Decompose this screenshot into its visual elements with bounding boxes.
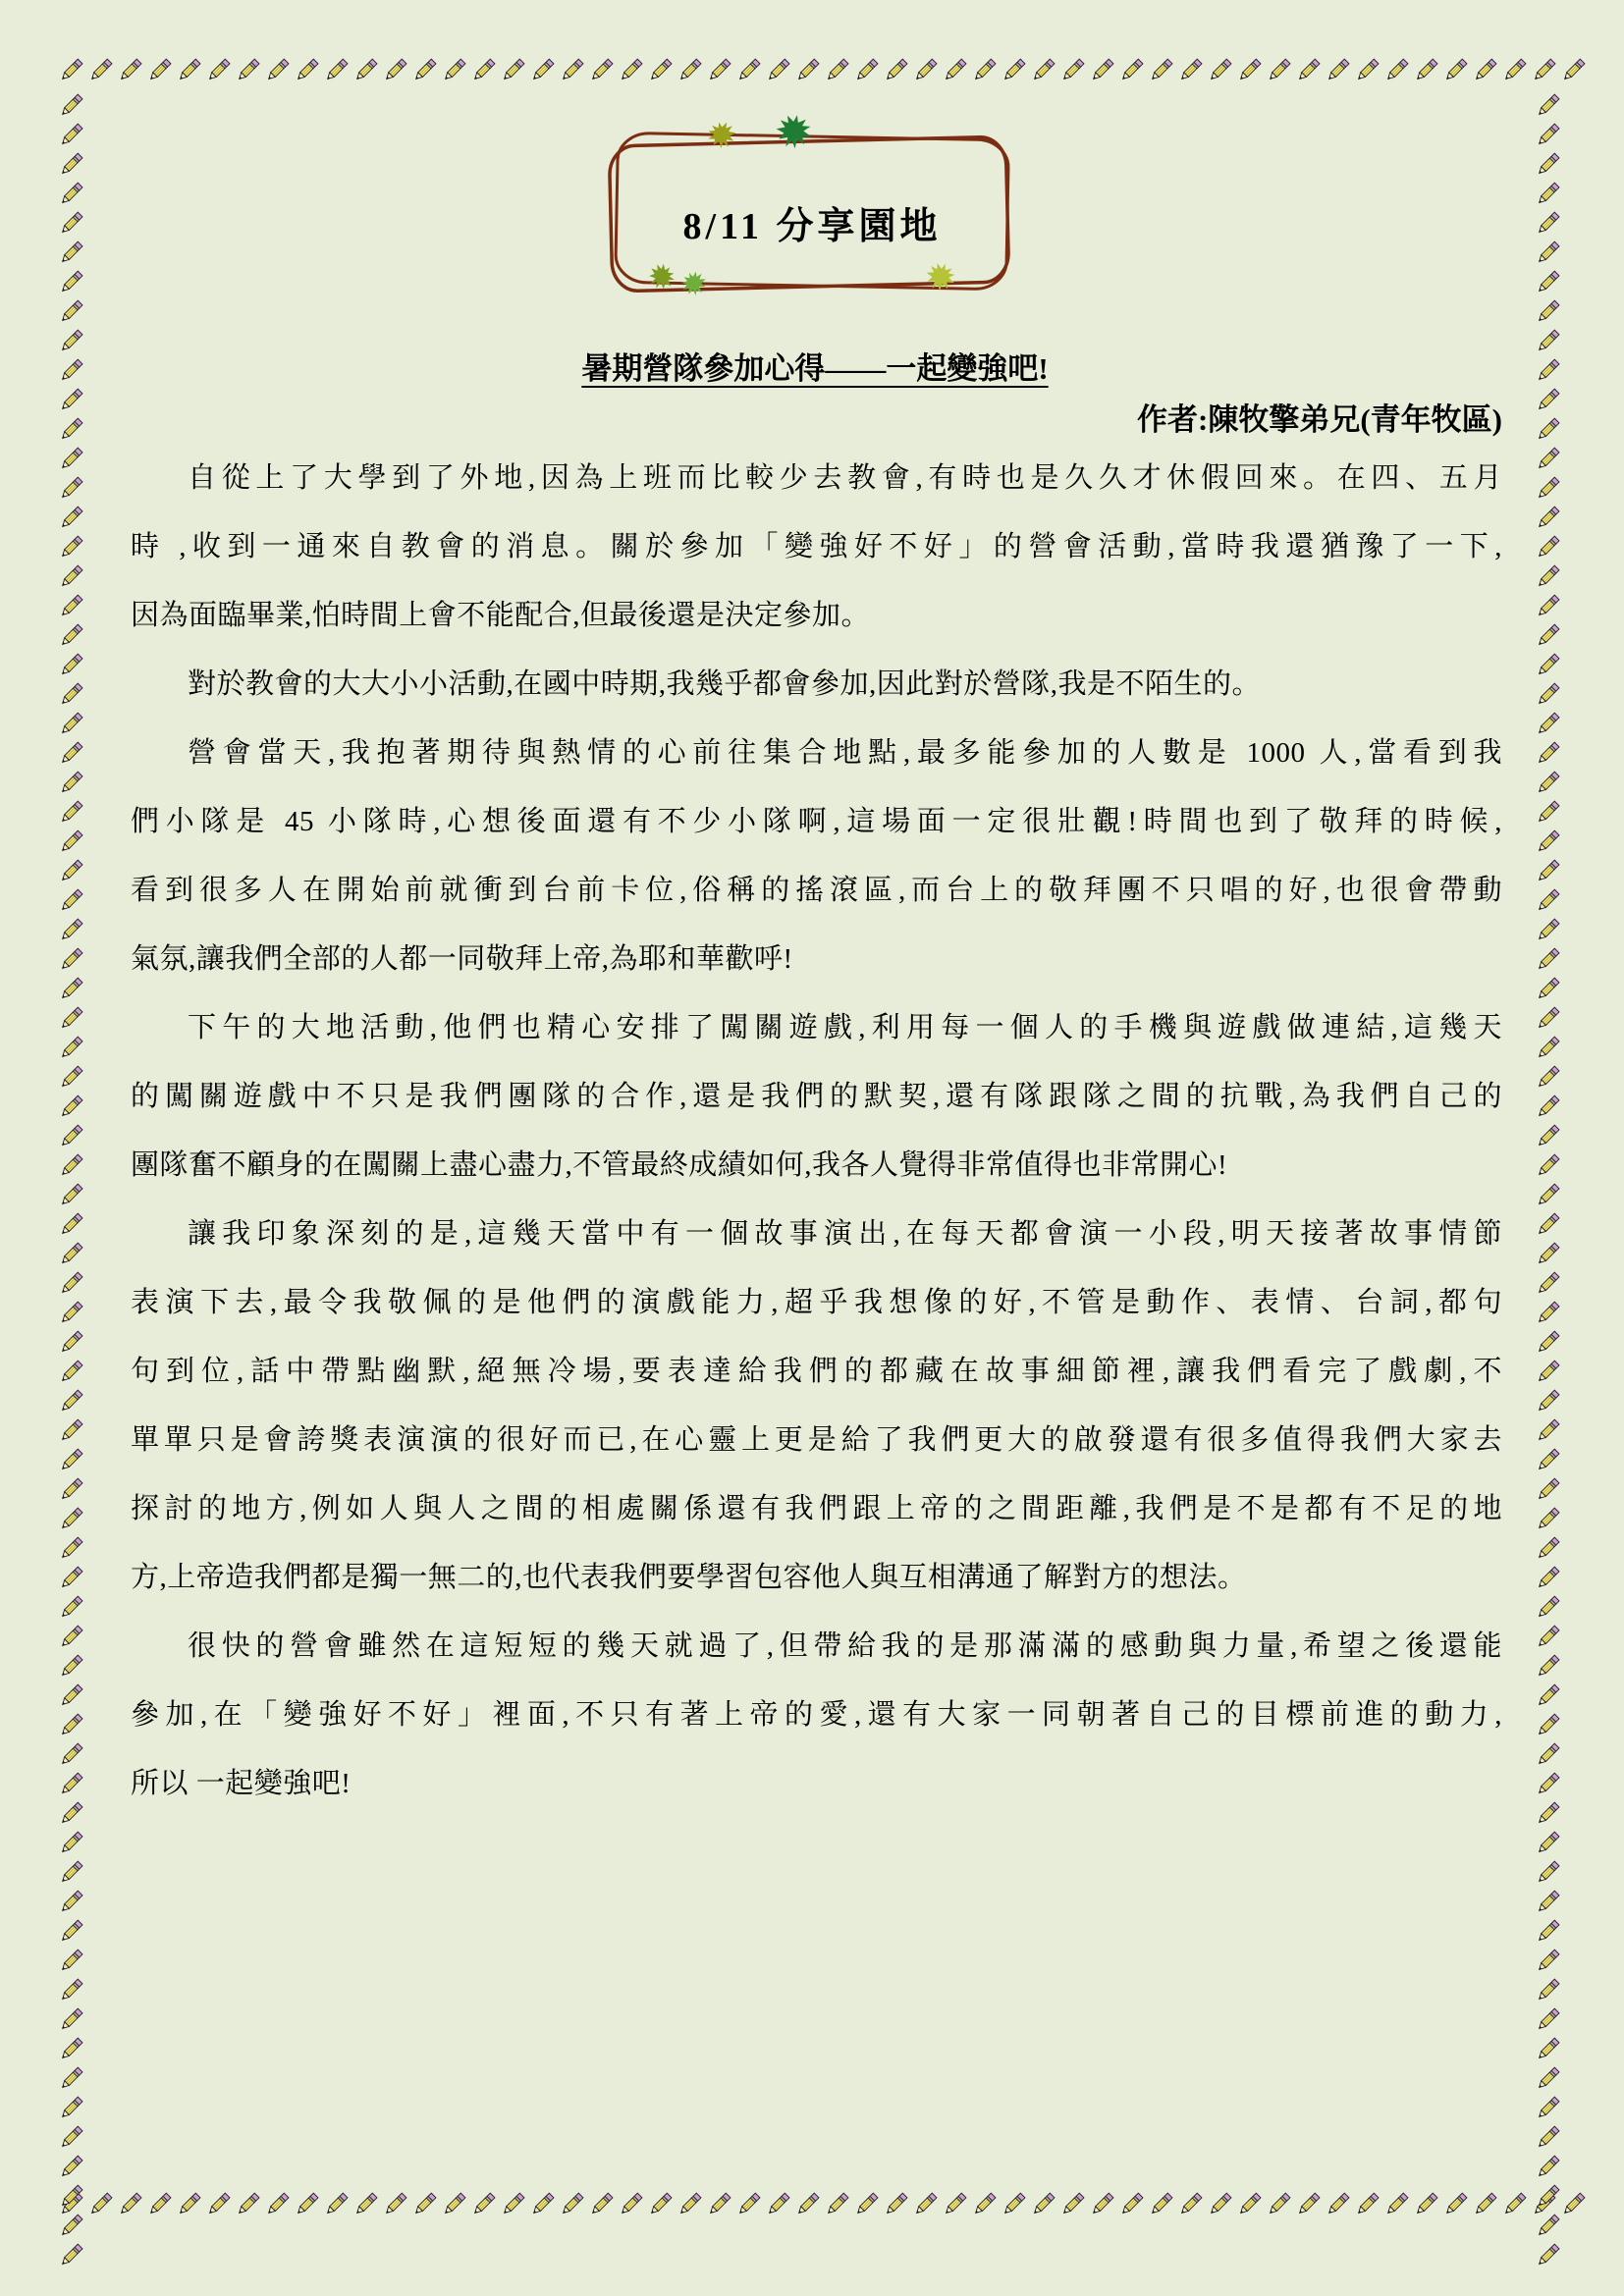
pencil-icon — [263, 57, 293, 86]
pencil-icon — [1534, 740, 1563, 770]
pencil-icon — [57, 1830, 86, 1859]
pencil-icon — [1534, 1388, 1563, 1417]
pencil-icon — [970, 2191, 1000, 2220]
pencil-icon — [57, 269, 86, 298]
pencil-icon — [1534, 416, 1563, 446]
pencil-icon — [175, 57, 204, 86]
pencil-icon — [57, 1977, 86, 2006]
pencil-icon — [57, 151, 86, 181]
pencil-icon — [57, 1624, 86, 1653]
pencil-icon — [1534, 711, 1563, 740]
pencil-icon — [322, 57, 352, 86]
pencil-icon — [1534, 1712, 1563, 1741]
pencil-icon — [1534, 1241, 1563, 1270]
pencil-icon — [57, 711, 86, 740]
pencil-icon — [57, 740, 86, 770]
pencil-icon — [57, 1182, 86, 1211]
pencil-icon — [57, 1800, 86, 1830]
pencil-icon — [57, 1417, 86, 1447]
pencil-icon — [1058, 2191, 1088, 2220]
pencil-icon — [1206, 57, 1235, 86]
body-line: 表演下去,最令我敬佩的是他們的演戲能力,超乎我想像的好,不管是動作、表情、台詞,… — [131, 1268, 1502, 1337]
pencil-icon — [1534, 593, 1563, 622]
pencil-icon — [1534, 799, 1563, 828]
pencil-icon — [1500, 2191, 1530, 2220]
pencil-icon — [793, 57, 823, 86]
pencil-icon — [1534, 357, 1563, 387]
pencil-icon — [57, 1712, 86, 1741]
pencil-icon — [57, 917, 86, 946]
pencil-icon — [57, 799, 86, 828]
pencil-icon — [57, 2124, 86, 2154]
document-page: 8/11 分享園地 暑期營隊參加心得——一起變強吧! 作者:陳牧擎弟兄(青年牧區… — [0, 0, 1624, 2296]
pencil-icon — [1353, 2191, 1382, 2220]
pencil-icon — [440, 2191, 469, 2220]
pencil-icon — [57, 1064, 86, 1094]
pencil-icon — [1534, 1123, 1563, 1152]
pencil-icon — [676, 2191, 705, 2220]
pencil-icon — [1534, 828, 1563, 858]
pencil-icon — [1534, 1182, 1563, 1211]
pencil-border-left — [57, 92, 86, 2185]
pencil-icon — [57, 887, 86, 917]
pencil-icon — [57, 1535, 86, 1565]
body-line: 們小隊是 45 小隊時,心想後面還有不少小隊啊,這場面一定很壯觀!時間也到了敬拜… — [131, 787, 1502, 856]
body-line: 自從上了大學到了外地,因為上班而比較少去教會,有時也是久久才休假回來。在四、五月 — [131, 444, 1502, 512]
pencil-icon — [1534, 1064, 1563, 1094]
pencil-icon — [1534, 563, 1563, 593]
pencil-icon — [1000, 2191, 1029, 2220]
title-frame: 8/11 分享園地 — [601, 126, 1023, 312]
pencil-icon — [86, 57, 116, 86]
pencil-icon — [57, 1359, 86, 1388]
pencil-icon — [823, 2191, 852, 2220]
pencil-icon — [293, 2191, 322, 2220]
pencil-icon — [1471, 57, 1500, 86]
pencil-icon — [1176, 2191, 1206, 2220]
article-heading: 暑期營隊參加心得——一起變強吧! — [581, 351, 1048, 386]
pencil-icon — [1534, 681, 1563, 711]
pencil-icon — [1206, 2191, 1235, 2220]
pencil-icon — [1534, 1800, 1563, 1830]
pencil-icon — [57, 622, 86, 652]
body-line: 方,上帝造我們都是獨一無二的,也代表我們要學習包容他人與互相溝通了解對方的想法。 — [131, 1543, 1502, 1612]
pencil-icon — [1412, 2191, 1441, 2220]
pencil-icon — [764, 57, 793, 86]
pencil-icon — [57, 2036, 86, 2065]
paragraph: 下午的大地活動,他們也精心安排了闖關遊戲,利用每一個人的手機與遊戲做連結,這幾天… — [131, 993, 1502, 1200]
pencil-icon — [1382, 2191, 1412, 2220]
pencil-icon — [1235, 2191, 1265, 2220]
pencil-icon — [1382, 57, 1412, 86]
pencil-icon — [57, 1329, 86, 1359]
pencil-icon — [57, 1152, 86, 1182]
pencil-icon — [204, 57, 234, 86]
pencil-icon — [764, 2191, 793, 2220]
pencil-icon — [1534, 1417, 1563, 1447]
pencil-icon — [1534, 122, 1563, 151]
pencil-icon — [57, 770, 86, 799]
pencil-icon — [734, 57, 764, 86]
pencil-icon — [528, 2191, 558, 2220]
pencil-icon — [941, 2191, 970, 2220]
pencil-icon — [57, 57, 86, 86]
pencil-icon — [1324, 57, 1353, 86]
pencil-icon — [1534, 887, 1563, 917]
pencil-icon — [57, 593, 86, 622]
pencil-icon — [1534, 1918, 1563, 1948]
pencil-icon — [941, 57, 970, 86]
pencil-icon — [57, 1447, 86, 1476]
pencil-icon — [410, 2191, 440, 2220]
pencil-icon — [882, 57, 911, 86]
pencil-icon — [381, 57, 410, 86]
pencil-icon — [57, 505, 86, 534]
body-line: 的闖關遊戲中不只是我們團隊的合作,還是我們的默契,還有隊跟隊之間的抗戰,為我們自… — [131, 1062, 1502, 1131]
pencil-icon — [57, 2095, 86, 2124]
pencil-icon — [1353, 57, 1382, 86]
body-line: 營會當天,我抱著期待與熱情的心前往集合地點,最多能參加的人數是 1000 人,當… — [131, 719, 1502, 787]
pencil-icon — [57, 976, 86, 1005]
pencil-icon — [1534, 387, 1563, 416]
pencil-icon — [1500, 57, 1530, 86]
pencil-icon — [57, 534, 86, 563]
pencil-icon — [352, 57, 381, 86]
pencil-icon — [145, 57, 175, 86]
pencil-icon — [499, 2191, 528, 2220]
article-body: 自從上了大學到了外地,因為上班而比較少去教會,有時也是久久才休假回來。在四、五月… — [131, 444, 1502, 1818]
pencil-icon — [499, 57, 528, 86]
pencil-icon — [145, 2191, 175, 2220]
pencil-icon — [852, 57, 882, 86]
pencil-icon — [970, 57, 1000, 86]
body-line: 句到位,話中帶點幽默,絕無冷場,要表達給我們的都藏在故事細節裡,讓我們看完了戲劇… — [131, 1337, 1502, 1406]
pencil-icon — [793, 2191, 823, 2220]
pencil-icon — [1534, 1329, 1563, 1359]
pencil-icon — [1534, 2124, 1563, 2154]
pencil-icon — [1534, 976, 1563, 1005]
pencil-icon — [57, 1035, 86, 1064]
pencil-icon — [1534, 770, 1563, 799]
paragraph: 自從上了大學到了外地,因為上班而比較少去教會,有時也是久久才休假回來。在四、五月… — [131, 444, 1502, 650]
pencil-icon — [1265, 57, 1294, 86]
pencil-icon — [1534, 505, 1563, 534]
pencil-icon — [1534, 858, 1563, 887]
article-heading-row: 暑期營隊參加心得——一起變強吧! — [128, 344, 1502, 388]
pencil-icon — [57, 2213, 86, 2242]
page-title: 8/11 分享園地 — [601, 126, 1023, 312]
pencil-icon — [1471, 2191, 1500, 2220]
pencil-icon — [57, 298, 86, 328]
pencil-icon — [1534, 1447, 1563, 1476]
pencil-icon — [882, 2191, 911, 2220]
pencil-border-top — [57, 57, 1569, 86]
pencil-icon — [1147, 57, 1176, 86]
body-line: 對於教會的大大小小活動,在國中時期,我幾乎都會參加,因此對於營隊,我是不陌生的。 — [131, 650, 1502, 719]
pencil-icon — [1117, 2191, 1147, 2220]
body-line: 看到很多人在開始前就衝到台前卡位,俗稱的搖滾區,而台上的敬拜團不只唱的好,也很會… — [131, 856, 1502, 925]
body-line: 參加,在「變強好不好」裡面,不只有著上帝的愛,還有大家一同朝著自己的目標前進的動… — [131, 1681, 1502, 1749]
pencil-icon — [234, 2191, 263, 2220]
pencil-icon — [1530, 57, 1559, 86]
pencil-icon — [1534, 1889, 1563, 1918]
pencil-icon — [528, 57, 558, 86]
pencil-icon — [1534, 2006, 1563, 2036]
paragraph: 營會當天,我抱著期待與熱情的心前往集合地點,最多能參加的人數是 1000 人,當… — [131, 719, 1502, 993]
body-line: 單單只是會誇獎表演演的很好而已,在心靈上更是給了我們更大的啟發還有很多值得我們大… — [131, 1406, 1502, 1474]
pencil-icon — [410, 57, 440, 86]
pencil-icon — [57, 1653, 86, 1682]
pencil-icon — [1441, 2191, 1471, 2220]
pencil-icon — [1534, 1859, 1563, 1889]
author-line: 作者:陳牧擎弟兄(青年牧區) — [1137, 402, 1502, 437]
pencil-icon — [911, 2191, 941, 2220]
pencil-icon — [1029, 57, 1058, 86]
pencil-icon — [1534, 534, 1563, 563]
pencil-icon — [823, 57, 852, 86]
pencil-icon — [57, 446, 86, 475]
pencil-icon — [57, 1388, 86, 1417]
pencil-icon — [1534, 1653, 1563, 1682]
pencil-icon — [1029, 2191, 1058, 2220]
pencil-icon — [57, 1094, 86, 1123]
pencil-icon — [1058, 57, 1088, 86]
pencil-icon — [57, 828, 86, 858]
body-line: 時 ,收到一通來自教會的消息。關於參加「變強好不好」的營會活動,當時我還猶豫了一… — [131, 512, 1502, 581]
body-line: 因為面臨畢業,怕時間上會不能配合,但最後還是決定參加。 — [131, 581, 1502, 650]
pencil-icon — [263, 2191, 293, 2220]
pencil-icon — [57, 1594, 86, 1624]
pencil-icon — [57, 416, 86, 446]
body-line: 讓我印象深刻的是,這幾天當中有一個故事演出,在每天都會演一小段,明天接著故事情節 — [131, 1200, 1502, 1268]
pencil-icon — [1534, 1830, 1563, 1859]
pencil-icon — [234, 57, 263, 86]
pencil-icon — [116, 57, 145, 86]
pencil-icon — [676, 57, 705, 86]
pencil-icon — [57, 1211, 86, 1241]
pencil-icon — [1235, 57, 1265, 86]
pencil-icon — [1534, 1771, 1563, 1800]
pencil-icon — [57, 1918, 86, 1948]
pencil-icon — [1534, 2065, 1563, 2095]
paragraph: 讓我印象深刻的是,這幾天當中有一個故事演出,在每天都會演一小段,明天接著故事情節… — [131, 1200, 1502, 1612]
pencil-icon — [1441, 57, 1471, 86]
pencil-icon — [57, 1506, 86, 1535]
body-line: 團隊奮不顧身的在闖關上盡心盡力,不管最終成績如何,我各人覺得非常值得也非常開心! — [131, 1131, 1502, 1200]
pencil-icon — [1147, 2191, 1176, 2220]
pencil-icon — [57, 1682, 86, 1712]
pencil-icon — [1534, 2095, 1563, 2124]
pencil-icon — [57, 563, 86, 593]
pencil-icon — [57, 2006, 86, 2036]
pencil-icon — [469, 2191, 499, 2220]
pencil-icon — [587, 57, 617, 86]
pencil-icon — [1117, 57, 1147, 86]
pencil-icon — [852, 2191, 882, 2220]
pencil-icon — [1534, 1270, 1563, 1300]
pencil-icon — [1412, 57, 1441, 86]
pencil-icon — [1559, 2191, 1589, 2220]
pencil-icon — [1534, 1506, 1563, 1535]
pencil-icon — [1534, 298, 1563, 328]
body-line: 所以 一起變強吧! — [131, 1749, 1502, 1818]
pencil-icon — [646, 2191, 676, 2220]
pencil-icon — [1534, 240, 1563, 269]
pencil-icon — [57, 1476, 86, 1506]
pencil-icon — [558, 2191, 587, 2220]
pencil-icon — [734, 2191, 764, 2220]
pencil-icon — [1534, 181, 1563, 210]
pencil-icon — [911, 57, 941, 86]
pencil-icon — [352, 2191, 381, 2220]
pencil-icon — [1088, 2191, 1117, 2220]
pencil-icon — [57, 328, 86, 357]
pencil-icon — [617, 2191, 646, 2220]
pencil-icon — [1534, 1741, 1563, 1771]
pencil-icon — [57, 1123, 86, 1152]
pencil-icon — [57, 122, 86, 151]
pencil-icon — [1534, 2183, 1563, 2213]
author-row: 作者:陳牧擎弟兄(青年牧區) — [128, 395, 1502, 439]
pencil-icon — [1534, 2242, 1563, 2271]
pencil-icon — [1534, 2213, 1563, 2242]
pencil-icon — [1534, 475, 1563, 505]
pencil-icon — [204, 2191, 234, 2220]
pencil-icon — [1534, 1977, 1563, 2006]
pencil-icon — [1534, 1565, 1563, 1594]
pencil-icon — [617, 57, 646, 86]
pencil-icon — [57, 1948, 86, 1977]
pencil-icon — [57, 387, 86, 416]
pencil-icon — [1324, 2191, 1353, 2220]
pencil-icon — [1534, 328, 1563, 357]
pencil-icon — [57, 1771, 86, 1800]
pencil-icon — [175, 2191, 204, 2220]
pencil-icon — [57, 1565, 86, 1594]
pencil-icon — [1534, 652, 1563, 681]
pencil-icon — [322, 2191, 352, 2220]
pencil-icon — [1534, 1152, 1563, 1182]
pencil-icon — [1294, 2191, 1324, 2220]
pencil-icon — [57, 92, 86, 122]
paragraph: 很快的營會雖然在這短短的幾天就過了,但帶給我的是那滿滿的感動與力量,希望之後還能… — [131, 1612, 1502, 1818]
pencil-icon — [646, 57, 676, 86]
pencil-icon — [57, 2065, 86, 2095]
pencil-icon — [86, 2191, 116, 2220]
pencil-icon — [57, 1741, 86, 1771]
pencil-icon — [1534, 917, 1563, 946]
pencil-icon — [1534, 92, 1563, 122]
pencil-icon — [57, 1300, 86, 1329]
pencil-icon — [1534, 622, 1563, 652]
pencil-icon — [57, 1859, 86, 1889]
pencil-icon — [440, 57, 469, 86]
pencil-icon — [1534, 2154, 1563, 2183]
body-line: 很快的營會雖然在這短短的幾天就過了,但帶給我的是那滿滿的感動與力量,希望之後還能 — [131, 1612, 1502, 1681]
pencil-border-bottom — [57, 2191, 1569, 2220]
pencil-icon — [1534, 1535, 1563, 1565]
body-line: 探討的地方,例如人與人之間的相處關係還有我們跟上帝的之間距離,我們是不是都有不足… — [131, 1474, 1502, 1543]
pencil-icon — [1534, 1682, 1563, 1712]
pencil-icon — [57, 210, 86, 240]
pencil-icon — [293, 57, 322, 86]
paragraph: 對於教會的大大小小活動,在國中時期,我幾乎都會參加,因此對於營隊,我是不陌生的。 — [131, 650, 1502, 719]
pencil-icon — [1534, 1359, 1563, 1388]
pencil-icon — [1534, 151, 1563, 181]
pencil-icon — [57, 357, 86, 387]
pencil-icon — [1534, 446, 1563, 475]
pencil-icon — [1265, 2191, 1294, 2220]
pencil-icon — [558, 57, 587, 86]
pencil-icon — [1534, 946, 1563, 976]
pencil-icon — [1000, 57, 1029, 86]
pencil-icon — [1534, 2036, 1563, 2065]
pencil-icon — [57, 240, 86, 269]
pencil-icon — [1534, 1005, 1563, 1035]
pencil-icon — [1534, 210, 1563, 240]
pencil-icon — [57, 1889, 86, 1918]
pencil-icon — [587, 2191, 617, 2220]
pencil-icon — [57, 475, 86, 505]
pencil-icon — [1534, 1594, 1563, 1624]
pencil-icon — [1534, 269, 1563, 298]
pencil-icon — [469, 57, 499, 86]
pencil-icon — [57, 2242, 86, 2271]
pencil-icon — [57, 2183, 86, 2213]
pencil-icon — [57, 1005, 86, 1035]
pencil-icon — [57, 681, 86, 711]
pencil-icon — [1534, 1300, 1563, 1329]
pencil-icon — [1559, 57, 1589, 86]
pencil-icon — [1176, 57, 1206, 86]
pencil-icon — [1534, 1035, 1563, 1064]
pencil-icon — [1534, 1948, 1563, 1977]
pencil-icon — [705, 57, 734, 86]
pencil-icon — [116, 2191, 145, 2220]
pencil-icon — [57, 2154, 86, 2183]
pencil-icon — [1534, 1476, 1563, 1506]
pencil-icon — [381, 2191, 410, 2220]
pencil-icon — [1294, 57, 1324, 86]
pencil-icon — [1534, 1624, 1563, 1653]
pencil-icon — [57, 858, 86, 887]
body-line: 氣氛,讓我們全部的人都一同敬拜上帝,為耶和華歡呼! — [131, 925, 1502, 993]
pencil-border-right — [1534, 92, 1563, 2185]
pencil-icon — [57, 652, 86, 681]
body-line: 下午的大地活動,他們也精心安排了闖關遊戲,利用每一個人的手機與遊戲做連結,這幾天 — [131, 993, 1502, 1062]
pencil-icon — [57, 1270, 86, 1300]
pencil-icon — [57, 946, 86, 976]
pencil-icon — [1534, 1211, 1563, 1241]
pencil-icon — [705, 2191, 734, 2220]
pencil-icon — [1088, 57, 1117, 86]
pencil-icon — [1534, 1094, 1563, 1123]
pencil-icon — [57, 1241, 86, 1270]
pencil-icon — [57, 181, 86, 210]
